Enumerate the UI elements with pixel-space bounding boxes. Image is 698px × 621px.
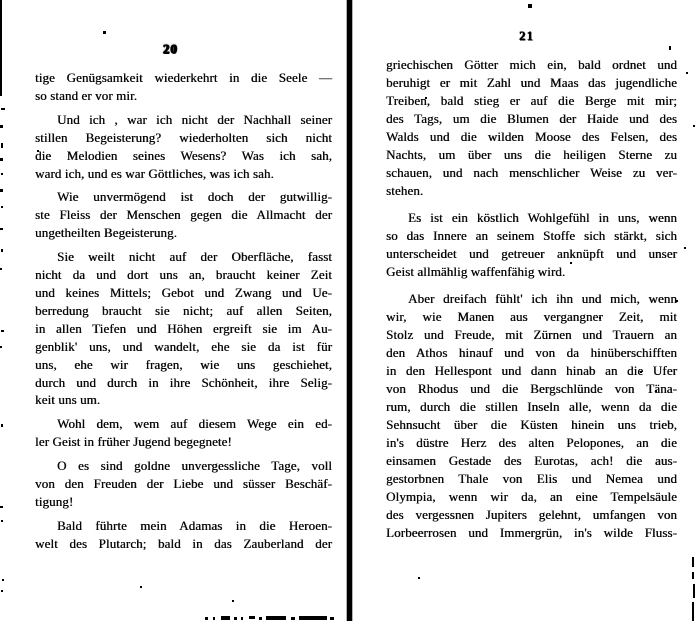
ink-speck (1, 330, 4, 332)
ink-speck (0, 346, 2, 348)
text-line: uns, ehe wir fragen, wie uns geschiehet, (35, 356, 332, 374)
text-line: Treiben, bald stieg er auf die Berge mit… (386, 92, 677, 110)
ink-speck (528, 4, 532, 8)
ink-speck (669, 46, 671, 50)
ink-speck (692, 557, 694, 567)
ink-speck (1, 590, 3, 592)
text-line: Lorbeerrosen und Immergrün, in's wilde F… (386, 524, 677, 542)
text-line: tige Genügsamkeit wiederkehrt in die See… (35, 69, 332, 87)
text-line: von Rhodus und die Bergschlünde von Täna… (386, 380, 677, 398)
text-line: Wie unvermögend ist doch der gutwillig- (35, 188, 332, 206)
text-line: griechischen Götter mich ein, bald ordne… (386, 56, 677, 74)
text-line: keit uns um. (35, 391, 332, 409)
text-line: welt des Plutarch; bald in das Zauberlan… (35, 535, 332, 553)
text-line: berredung braucht sie nicht; auf allen S… (35, 302, 332, 320)
paragraph: Wohl dem, wem auf diesem Wege ein ed-ler… (35, 415, 332, 451)
ink-speck (0, 0, 2, 96)
ink-speck (0, 268, 2, 270)
text-line: ungetheilten Begeisterung. (35, 224, 332, 242)
ink-speck (37, 150, 39, 152)
ink-speck (266, 616, 286, 620)
ink-speck (241, 617, 243, 620)
ink-speck (570, 262, 572, 264)
ink-speck (1, 143, 3, 148)
ink-speck (259, 617, 262, 620)
ink-speck (2, 579, 4, 581)
text-line: einsamen Gestade des Eurotas, ach! die a… (386, 452, 677, 470)
ink-speck (213, 617, 215, 620)
paragraph: Und ich , war ich nicht der Nachhall sei… (35, 111, 332, 183)
ink-speck (1, 206, 3, 208)
text-line: des vergessnen Jupiters gelehnt, umfange… (386, 506, 677, 524)
text-line: Aber dreifach fühlt' ich ihn und mich, w… (386, 290, 677, 308)
ink-speck (0, 506, 3, 508)
text-line: durch und durch in ihre Schönheit, ihre … (35, 374, 332, 392)
ink-speck (232, 600, 234, 602)
text-line: Bald führte mein Adamas in die Heroen- (35, 517, 332, 535)
ink-speck (0, 189, 3, 192)
text-line: gestorbnen Thale von Elis und Nemea und (386, 470, 677, 488)
text-line: von den Freuden der Liebe und süsser Bes… (35, 475, 332, 493)
ink-speck (599, 317, 601, 319)
text-line: wir, wie Manen aus vergangner Zeit, mit (386, 308, 677, 326)
paragraph: Sie weilt nicht auf der Oberfläche, fass… (35, 248, 332, 409)
ink-speck (0, 125, 3, 128)
text-line: Wohl dem, wem auf diesem Wege ein ed- (35, 415, 332, 433)
paragraph: griechischen Götter mich ein, bald ordne… (386, 56, 677, 200)
paragraph: tige Genügsamkeit wiederkehrt in die See… (35, 69, 332, 105)
ink-speck (692, 602, 694, 621)
text-line: die Melodien seines Wesens? Was ich sah, (35, 147, 332, 165)
ink-speck (640, 371, 642, 373)
ink-speck (418, 577, 420, 579)
ink-speck (103, 31, 106, 34)
text-line: ward ich, und es war Göttliches, was ich… (35, 165, 332, 183)
text-line: ste Fleiss der Menschen gegen die Allmac… (35, 206, 332, 224)
ink-speck (234, 617, 237, 620)
text-line: des Tags, um die Blumen der Haide und de… (386, 110, 677, 128)
page-right-text: griechischen Götter mich ein, bald ordne… (386, 56, 677, 551)
text-line: schauen, und nach menschlicher Weise zu … (386, 164, 677, 182)
text-line: unterscheidet und getreuer anknüpft und … (386, 245, 677, 263)
page-left-text: tige Genügsamkeit wiederkehrt in die See… (35, 69, 332, 559)
paragraph: Wie unvermögend ist doch der gutwillig-s… (35, 188, 332, 242)
text-line: in's düstre Herz des alten Pelopones, an… (386, 434, 677, 452)
text-line: genblik' uns, und wandelt, ehe sie da is… (35, 338, 332, 356)
book-scan: 20 tige Genügsamkeit wiederkehrt in die … (0, 0, 698, 621)
ink-speck (684, 247, 686, 249)
ink-speck (1, 424, 3, 427)
page-number-right: 21 (519, 28, 534, 44)
text-line: Olympia, wenn wir da, an eine Tempelsäul… (386, 488, 677, 506)
text-line: so das Innere an seinem Stoffe sich stär… (386, 227, 677, 245)
text-line: Sehnsucht über die Küsten hinein uns tri… (386, 416, 677, 434)
ink-speck (1, 249, 3, 252)
binding-gutter-line (347, 0, 352, 621)
ink-speck (655, 390, 657, 392)
ink-speck (1, 108, 5, 110)
text-line: ler Geist in früher Jugend begegnete! (35, 433, 332, 451)
ink-speck (693, 125, 695, 127)
ink-speck (221, 616, 230, 620)
text-line: rum, durch die stillen Inseln alle, wenn… (386, 398, 677, 416)
text-line: den Athos hinauf und von da hinüberschif… (386, 344, 677, 362)
text-line: in allen Tiefen und Höhen ergreift sie i… (35, 320, 332, 338)
paragraph: O es sind goldne unvergessliche Tage, vo… (35, 457, 332, 511)
ink-speck (140, 586, 142, 588)
text-line: so stand er vor mir. (35, 87, 332, 105)
ink-speck (0, 158, 3, 161)
text-line: Nachts, um über uns die heiligen Sterne … (386, 146, 677, 164)
text-line: und keines Mittels; Gebot und Zwang und … (35, 284, 332, 302)
text-line: stillen Begeisterung? wiederholten sich … (35, 129, 332, 147)
text-line: Es ist ein köstlich Wohlgefühl in uns, w… (386, 209, 677, 227)
page-number-left: 20 (163, 41, 178, 57)
text-line: Geist allmählig waffenfähig wird. (386, 263, 677, 281)
ink-speck (1, 173, 3, 175)
paragraph: Bald führte mein Adamas in die Heroen-we… (35, 517, 332, 553)
text-line: Walds und die wilden Moose des Felsen, d… (386, 128, 677, 146)
ink-speck (0, 228, 3, 230)
text-line: Und ich , war ich nicht der Nachhall sei… (35, 111, 332, 129)
text-line: O es sind goldne unvergessliche Tage, vo… (35, 457, 332, 475)
text-line: beruhigt er mit Zahl und Maas das jugend… (386, 74, 677, 92)
paragraph: Es ist ein köstlich Wohlgefühl in uns, w… (386, 209, 677, 281)
ink-speck (291, 617, 295, 620)
text-line: Sie weilt nicht auf der Oberfläche, fass… (35, 248, 332, 266)
text-line: Stolz und Freude, mit Zürnen und Trauern… (386, 326, 677, 344)
text-line: nicht da und dort uns an, braucht keiner… (35, 266, 332, 284)
paragraph: Aber dreifach fühlt' ich ihn und mich, w… (386, 290, 677, 542)
ink-speck (693, 584, 695, 598)
text-line: tigung! (35, 493, 332, 511)
ink-speck (249, 616, 255, 619)
ink-speck (1, 520, 3, 522)
ink-speck (676, 300, 678, 302)
text-line: stehen. (386, 182, 677, 200)
ink-speck (205, 617, 208, 620)
ink-speck (330, 617, 334, 620)
text-line: in den Hellespont und dann hinab an die … (386, 362, 677, 380)
ink-speck (686, 72, 688, 74)
ink-speck (299, 616, 327, 620)
ink-speck (425, 97, 427, 99)
ink-speck (692, 572, 694, 579)
